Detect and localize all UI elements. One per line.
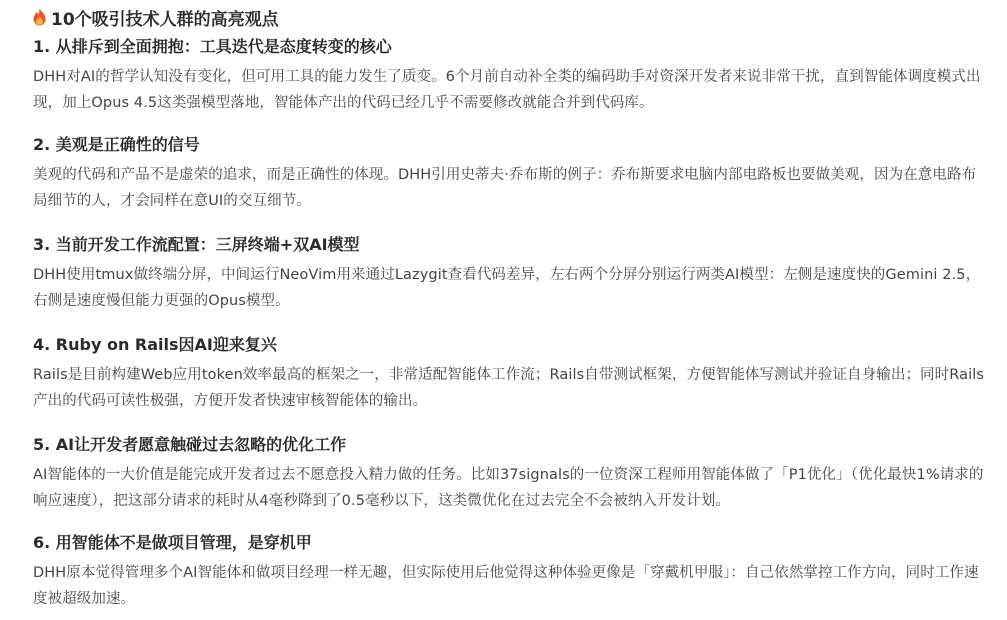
section-5: 5. AI让开发者愿意触碰过去忽略的优化工作 AI智能体的一大价值是能完成开发者… — [33, 430, 1007, 514]
section-body: DHH对AI的哲学认知没有变化，但可用工具的能力发生了质变。6个月前自动补全类的… — [33, 64, 988, 116]
section-4: 4. Ruby on Rails因AI迎来复兴 Rails是目前构建Web应用t… — [33, 330, 1007, 414]
document: 10个吸引技术人群的高亮观点 1. 从排斥到全面拥抱：工具迭代是态度转变的核心 … — [0, 0, 1007, 612]
section-body: 美观的代码和产品不是虚荣的追求，而是正确性的体现。DHH引用史蒂夫·乔布斯的例子… — [33, 162, 988, 214]
section-3: 3. 当前开发工作流配置：三屏终端+双AI模型 DHH使用tmux做终端分屏，中… — [33, 230, 1007, 314]
section-title: 3. 当前开发工作流配置：三屏终端+双AI模型 — [33, 230, 1007, 260]
fire-icon — [33, 8, 46, 26]
section-2: 2. 美观是正确性的信号 美观的代码和产品不是虚荣的追求，而是正确性的体现。DH… — [33, 130, 1007, 214]
section-6: 6. 用智能体不是做项目管理，是穿机甲 DHH原本觉得管理多个AI智能体和做项目… — [33, 528, 1007, 612]
section-title: 2. 美观是正确性的信号 — [33, 130, 1007, 160]
section-title: 6. 用智能体不是做项目管理，是穿机甲 — [33, 528, 1007, 558]
title-text: 10个吸引技术人群的高亮观点 — [51, 5, 279, 30]
section-1: 1. 从排斥到全面拥抱：工具迭代是态度转变的核心 DHH对AI的哲学认知没有变化… — [33, 32, 1007, 116]
section-body: DHH使用tmux做终端分屏，中间运行NeoVim用来通过Lazygit查看代码… — [33, 262, 988, 314]
section-body: Rails是目前构建Web应用token效率最高的框架之一，非常适配智能体工作流… — [33, 362, 988, 414]
section-title: 1. 从排斥到全面拥抱：工具迭代是态度转变的核心 — [33, 32, 1007, 62]
section-body: AI智能体的一大价值是能完成开发者过去不愿意投入精力做的任务。比如37signa… — [33, 462, 988, 514]
section-title: 4. Ruby on Rails因AI迎来复兴 — [33, 330, 1007, 360]
section-body: DHH原本觉得管理多个AI智能体和做项目经理一样无趣，但实际使用后他觉得这种体验… — [33, 560, 988, 612]
document-title: 10个吸引技术人群的高亮观点 — [33, 2, 1007, 32]
section-title: 5. AI让开发者愿意触碰过去忽略的优化工作 — [33, 430, 1007, 460]
